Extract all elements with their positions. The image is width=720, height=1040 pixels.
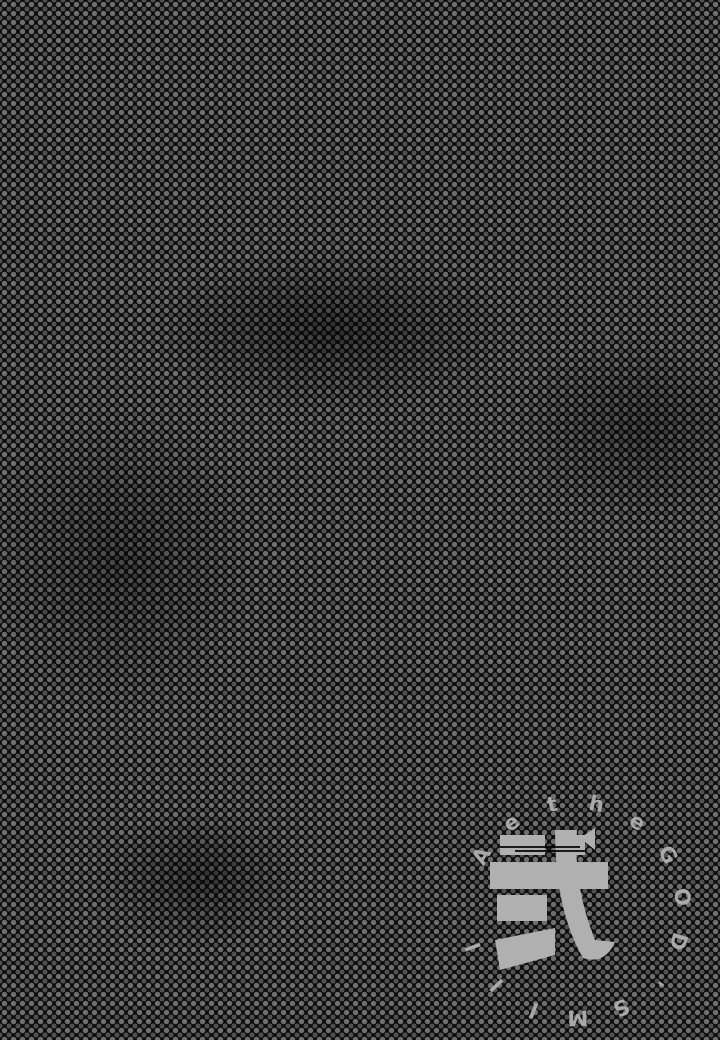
ring-letter: O [669,887,695,908]
ring-letter: G [653,841,682,868]
emblem-ring-text: AetheGOD'SMlll [455,790,695,1030]
ring-letter: A [467,843,496,869]
ring-letter: t [545,792,560,818]
ring-letter: e [498,809,524,837]
emblem-logo: AetheGOD'SMlll Aethe GOD'S Mill [455,790,695,1030]
ring-letter: M [567,1006,589,1031]
ring-letter: l [461,939,486,954]
ring-letter: S [609,993,633,1021]
ring-letter: e [625,808,651,836]
ring-letter: D [664,930,692,954]
ring-letter: l [526,997,542,1022]
ring-letter: h [587,791,606,818]
ring-letter: ' [646,970,668,991]
ring-letter: l [486,974,508,996]
